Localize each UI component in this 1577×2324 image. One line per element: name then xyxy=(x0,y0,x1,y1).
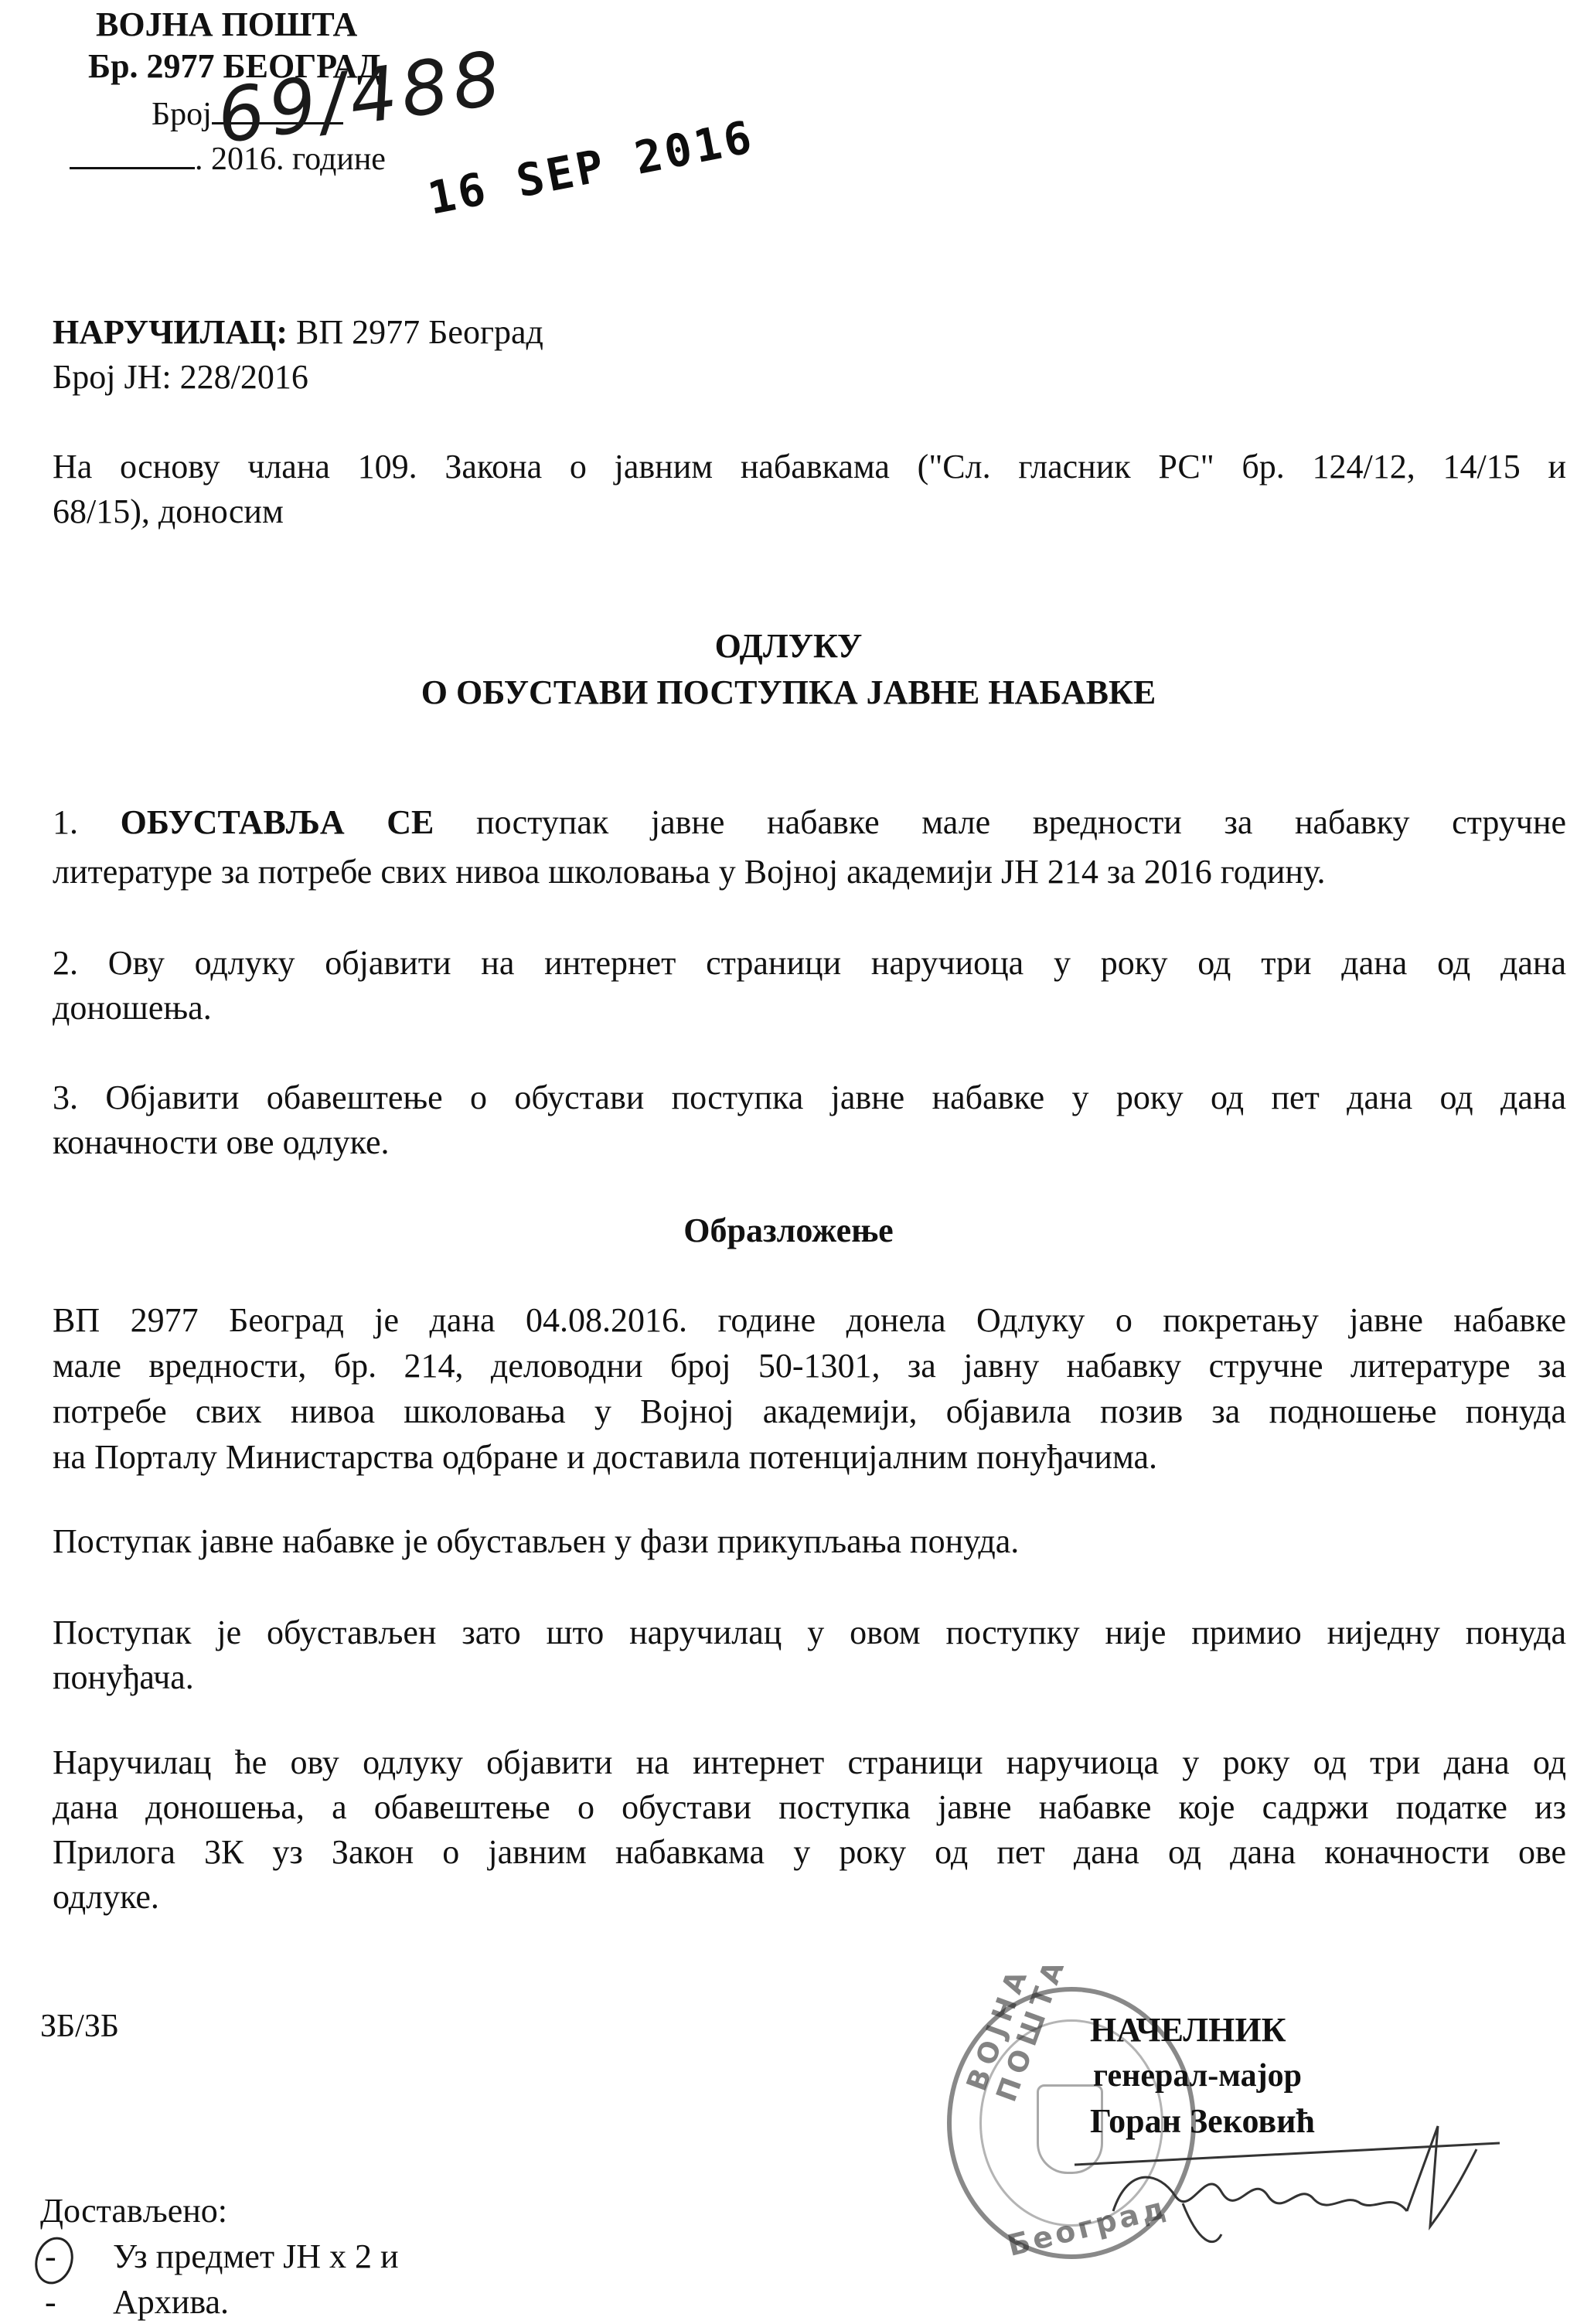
contracting-authority-label: НАРУЧИЛАЦ: xyxy=(53,313,288,351)
author-initials: ЗБ/ЗБ xyxy=(40,2010,119,2043)
decision-subtitle: О ОБУСТАВИ ПОСТУПКА ЈАВНЕ НАБАВКЕ xyxy=(0,676,1577,710)
receipt-date-stamp: 16 SEP 2016 xyxy=(424,114,758,221)
distribution-label: Достављено: xyxy=(40,2194,227,2228)
decision-item-2-line-2: доношења. xyxy=(53,991,212,1025)
decision-title: ОДЛУКУ xyxy=(0,629,1577,663)
decision-item-1-line-1: 1. ОБУСТАВЉА СЕ поступак јавне набавке м… xyxy=(53,806,1566,840)
signatory-rank: генерал-мајор xyxy=(1093,2060,1302,2092)
reasoning-p4-line-1: Наручилац ће ову одлуку објавити на инте… xyxy=(53,1746,1566,1780)
distribution-item-2-bullet: - xyxy=(45,2285,56,2319)
item-text: поступак јавне набавке мале вредности за… xyxy=(476,803,1566,841)
reasoning-p3-line-2: понуђача. xyxy=(53,1661,194,1695)
military-post-title: ВОЈНА ПОШТА xyxy=(96,8,357,42)
reasoning-p1-line-3: потребе свих нивоа школовања у Војној ак… xyxy=(53,1395,1566,1429)
contracting-authority-value: ВП 2977 Београд xyxy=(296,313,543,351)
contracting-authority: НАРУЧИЛАЦ: ВП 2977 Београд xyxy=(53,315,543,349)
reasoning-p4-line-2: дана доношења, а обавештење о обустави п… xyxy=(53,1791,1566,1825)
item-number: 1. xyxy=(53,803,78,841)
signatory-title: НАЧЕЛНИК xyxy=(1090,2013,1286,2047)
reasoning-p1-line-4: на Порталу Министарства одбране и достав… xyxy=(53,1440,1157,1474)
reasoning-p4-line-3: Прилога 3К уз Закон о јавним набавкама у… xyxy=(53,1835,1566,1869)
document-number-label: Број xyxy=(152,97,212,132)
reasoning-p1-line-2: мале вредности, бр. 214, деловодни број … xyxy=(53,1349,1566,1383)
reasoning-p3-line-1: Поступак је обустављен зато што наручила… xyxy=(53,1616,1566,1650)
reasoning-p1-line-1: ВП 2977 Београд је дана 04.08.2016. годи… xyxy=(53,1303,1566,1337)
reasoning-heading: Образложење xyxy=(0,1214,1577,1248)
item-bold-lead: ОБУСТАВЉА СЕ xyxy=(121,803,434,841)
decision-item-3-line-1: 3. Објавити обавештење о обустави поступ… xyxy=(53,1081,1566,1115)
preamble-line-2: 68/15), доносим xyxy=(53,495,284,529)
handwritten-circle-mark xyxy=(29,2232,80,2289)
reasoning-p2-line-1: Поступак јавне набавке је обустављен у ф… xyxy=(53,1525,1019,1559)
reasoning-p4-line-4: одлуке. xyxy=(53,1880,159,1914)
decision-item-2-line-1: 2. Ову одлуку објавити на интернет стран… xyxy=(53,946,1566,980)
decision-item-1-line-2: литературе за потребе свих нивоа школова… xyxy=(53,855,1326,889)
distribution-item-1: Уз предмет ЈН х 2 и xyxy=(113,2240,399,2274)
distribution-item-2: Архива. xyxy=(113,2285,229,2319)
procurement-number: Број ЈН: 228/2016 xyxy=(53,360,308,394)
date-blank xyxy=(70,139,195,169)
handwritten-signature xyxy=(1067,2118,1515,2258)
preamble-line-1: На основу члана 109. Закона о јавним наб… xyxy=(53,450,1566,484)
decision-item-3-line-2: коначности ове одлуке. xyxy=(53,1126,389,1160)
